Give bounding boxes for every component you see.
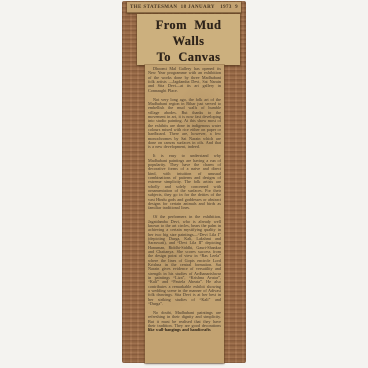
clipping-photo-backing: THE STATESMAN 18 JANUARY 1973 9 From Mud… xyxy=(122,1,246,363)
closing-bold-line: like wall-hangings and handicrafts xyxy=(148,327,211,332)
masthead-year: 1973 xyxy=(220,5,232,10)
article-paragraph-4: Of the performers in the exhibition, Jag… xyxy=(148,215,221,306)
headline-block: From Mud Walls To Canvas By Our Art Crit… xyxy=(137,14,240,65)
article-column: Dhoomi Mal Gallery has opened its New Ye… xyxy=(145,65,224,363)
newspaper-masthead: THE STATESMAN 18 JANUARY 1973 9 xyxy=(127,2,241,13)
headline-line-1: From Mud Walls xyxy=(137,17,240,49)
headline-line-2: To Canvas xyxy=(137,49,240,65)
masthead-date: 18 JANUARY xyxy=(181,5,215,10)
article-paragraph-2: Not very long ago, the folk art of the M… xyxy=(148,98,221,150)
closing-text: No doubt, Madhubani paintings are refres… xyxy=(148,310,221,328)
article-paragraph-3: It is easy to understand why Madhubani p… xyxy=(148,154,221,210)
newspaper-name: THE STATESMAN xyxy=(130,5,177,10)
article-paragraph-5: No doubt, Madhubani paintings are refres… xyxy=(148,311,221,333)
article-paragraph-1: Dhoomi Mal Gallery has opened its New Ye… xyxy=(148,67,221,93)
masthead-page-number: 9 xyxy=(235,5,238,10)
